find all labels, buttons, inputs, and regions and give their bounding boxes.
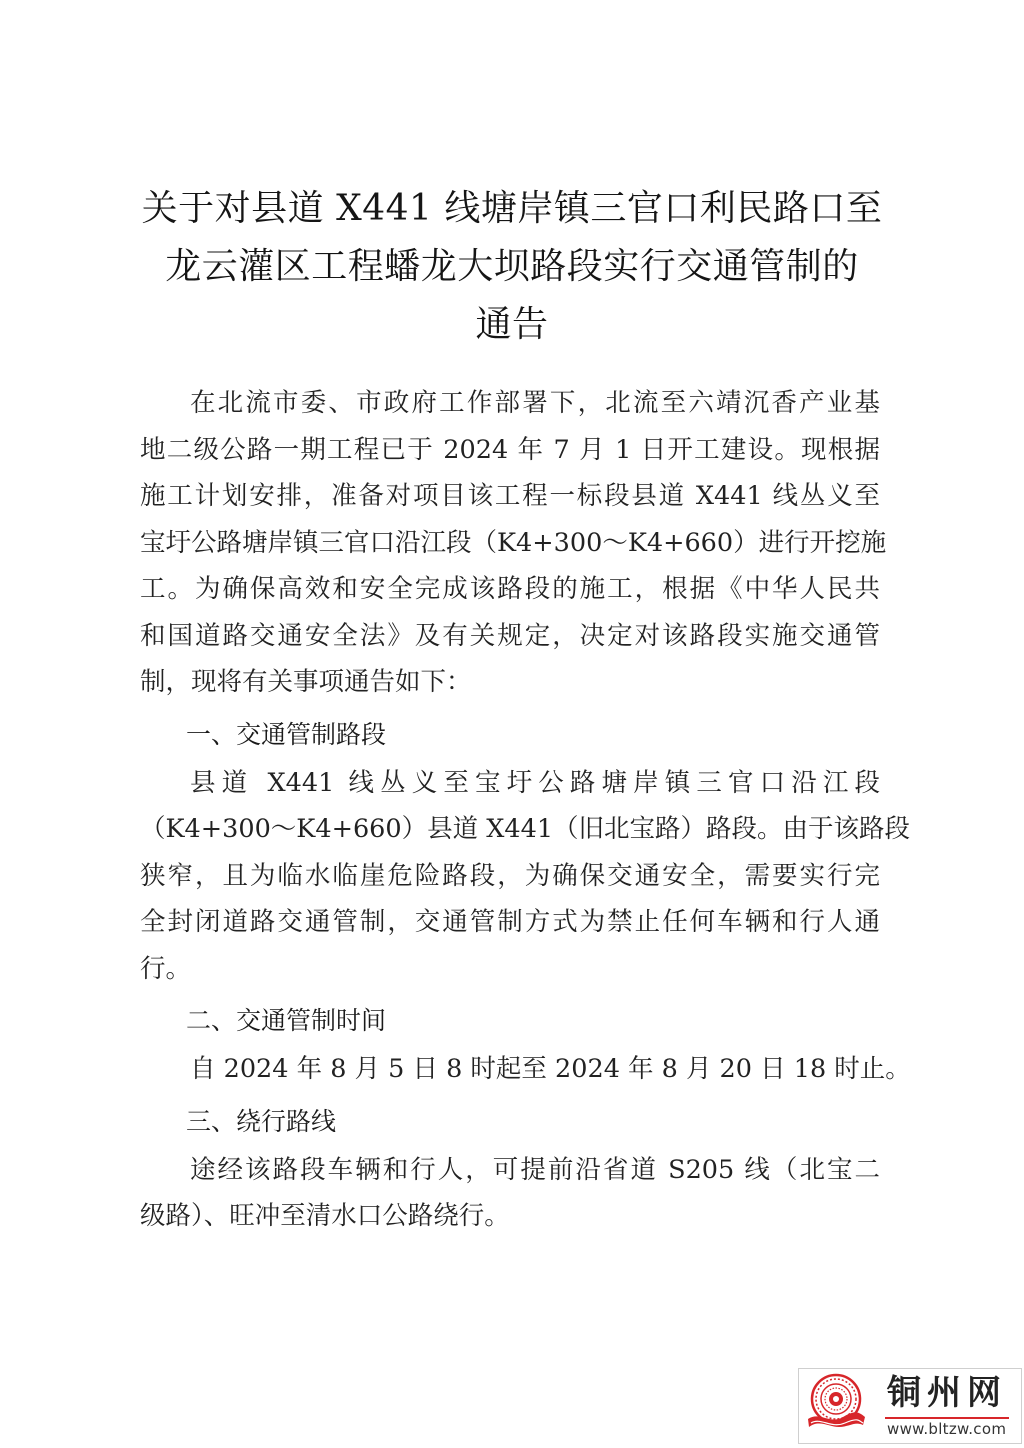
- section-body-road: 县道 X441 线丛义至宝圩公路塘岸镇三官口沿江段 （K4+300～K4+660…: [140, 760, 880, 993]
- intro-line: 工。为确保高效和安全完成该路段的施工，根据《中华人民共: [140, 566, 880, 613]
- site-name: 铜州网: [887, 1371, 1007, 1415]
- notice-title: 关于对县道 X441 线塘岸镇三官口利民路口至 龙云灌区工程蟠龙大坝路段实行交通…: [120, 180, 904, 354]
- intro-line: 制，现将有关事项通告如下：: [140, 659, 880, 706]
- section-line: 县道 X441 线丛义至宝圩公路塘岸镇三官口沿江段: [140, 760, 880, 807]
- intro-paragraph: 在北流市委、市政府工作部署下，北流至六靖沉香产业基 地二级公路一期工程已于 20…: [140, 380, 880, 706]
- notice-body: 在北流市委、市政府工作部署下，北流至六靖沉香产业基 地二级公路一期工程已于 20…: [140, 380, 880, 1240]
- section-line: 狭窄，且为临水临崖危险路段，为确保交通安全，需要实行完: [140, 853, 880, 900]
- site-watermark: 铜州网 www.bltzw.com: [798, 1368, 1022, 1444]
- intro-line: 在北流市委、市政府工作部署下，北流至六靖沉香产业基: [140, 380, 880, 427]
- section-heading-detour: 三、绕行路线: [140, 1099, 880, 1145]
- section-heading-road: 一、交通管制路段: [140, 712, 880, 758]
- title-line-3: 通告: [120, 296, 904, 354]
- title-line-1: 关于对县道 X441 线塘岸镇三官口利民路口至: [120, 180, 904, 238]
- document-page: 关于对县道 X441 线塘岸镇三官口利民路口至 龙云灌区工程蟠龙大坝路段实行交通…: [0, 0, 1024, 1448]
- section-line: （K4+300～K4+660）县道 X441（旧北宝路）路段。由于该路段: [140, 806, 880, 853]
- section-body-time: 自 2024 年 8 月 5 日 8 时起至 2024 年 8 月 20 日 1…: [140, 1046, 880, 1093]
- section-line: 行。: [140, 946, 880, 993]
- red-seal-ribbon-icon: [805, 1373, 867, 1437]
- intro-line: 施工计划安排，准备对项目该工程一标段县道 X441 线丛义至: [140, 473, 880, 520]
- section-line: 全封闭道路交通管制，交通管制方式为禁止任何车辆和行人通: [140, 899, 880, 946]
- intro-line: 宝圩公路塘岸镇三官口沿江段（K4+300～K4+660）进行开挖施: [140, 520, 880, 567]
- section-line: 级路）、旺冲至清水口公路绕行。: [140, 1193, 880, 1240]
- site-url: www.bltzw.com: [887, 1419, 1006, 1439]
- title-line-2: 龙云灌区工程蟠龙大坝路段实行交通管制的: [120, 238, 904, 296]
- section-line: 自 2024 年 8 月 5 日 8 时起至 2024 年 8 月 20 日 1…: [140, 1046, 880, 1093]
- intro-line: 地二级公路一期工程已于 2024 年 7 月 1 日开工建设。现根据: [140, 427, 880, 474]
- section-body-detour: 途经该路段车辆和行人，可提前沿省道 S205 线（北宝二 级路）、旺冲至清水口公…: [140, 1147, 880, 1240]
- section-heading-time: 二、交通管制时间: [140, 998, 880, 1044]
- intro-line: 和国道路交通安全法》及有关规定，决定对该路段实施交通管: [140, 613, 880, 660]
- section-line: 途经该路段车辆和行人，可提前沿省道 S205 线（北宝二: [140, 1147, 880, 1194]
